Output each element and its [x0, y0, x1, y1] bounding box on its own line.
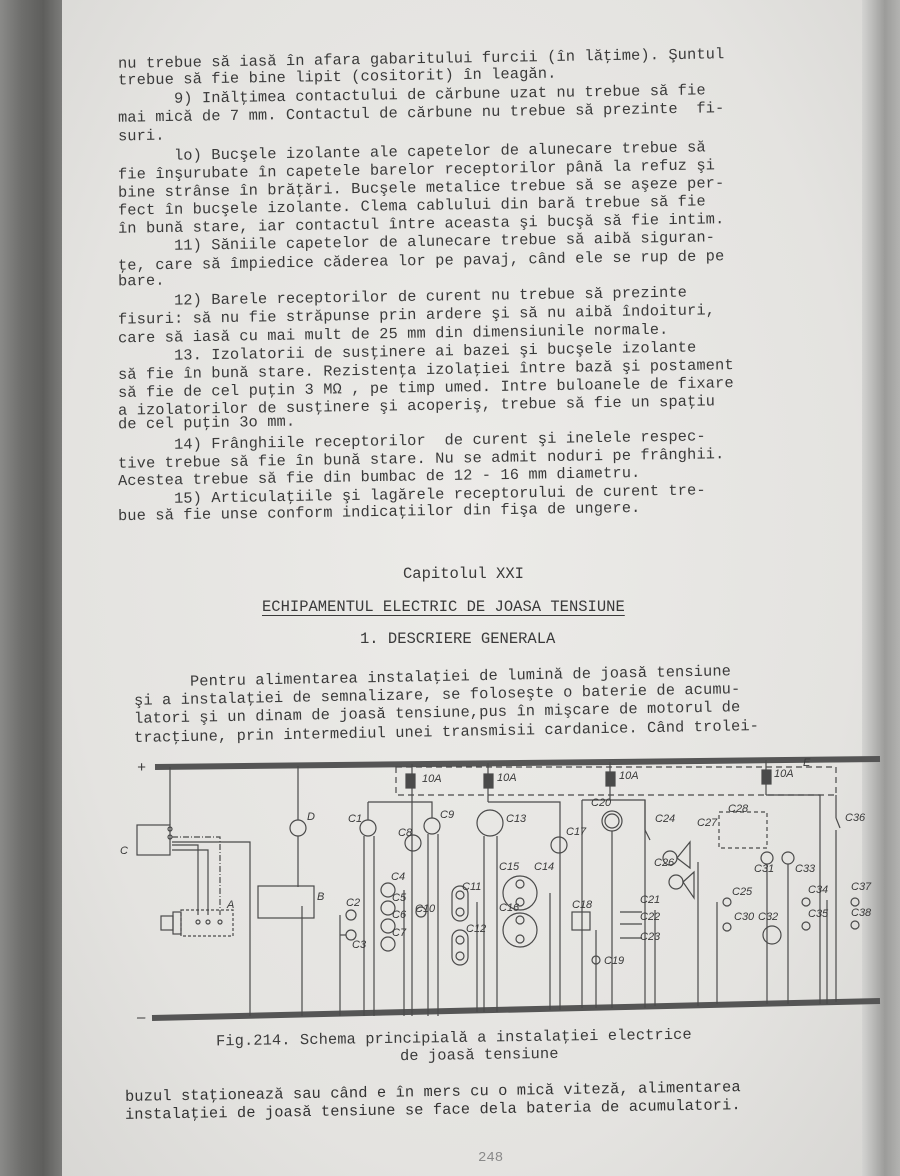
fuse-label: 10A [774, 768, 794, 780]
box-b [258, 886, 314, 918]
negative-bus-label: – [136, 1009, 146, 1026]
fuse-label: 10A [497, 772, 517, 784]
label-c16: C16 [499, 902, 520, 914]
lamp-c32 [763, 926, 781, 944]
label-c26: C26 [654, 857, 675, 869]
positive-bus-label: + [137, 759, 146, 776]
switch-c9 [424, 818, 440, 834]
label-c17: C17 [566, 826, 587, 838]
label-c37: C37 [851, 881, 872, 893]
fuse-label: 10A [422, 773, 442, 785]
label-c: C [120, 845, 128, 857]
circuit-diagram: + – 10A 10A 10A 10A E A B C D C1 C2 C3 C… [0, 0, 900, 1176]
label-c31: C31 [754, 863, 774, 875]
figure-caption-line2: de joasă tensiune [400, 1045, 559, 1065]
label-c32: C32 [758, 911, 778, 923]
label-c36: C36 [845, 812, 866, 824]
label-c11: C11 [462, 881, 481, 893]
label-c23: C23 [640, 931, 661, 943]
relay-c27-c28 [719, 812, 767, 848]
label-c25: C25 [732, 886, 753, 898]
label-c24: C24 [655, 813, 675, 825]
page-number: 248 [478, 1150, 503, 1166]
fuse-box-label: E [803, 757, 811, 769]
lamp-c17 [551, 837, 567, 853]
label-c14: C14 [534, 861, 554, 873]
label-c4: C4 [391, 871, 405, 883]
label-c1: C1 [348, 813, 362, 825]
label-c21: C21 [640, 894, 660, 906]
label-c22: C22 [640, 911, 660, 923]
label-c34: C34 [808, 884, 828, 896]
label-c33: C33 [795, 863, 816, 875]
label-c38: C38 [851, 907, 872, 919]
label-c9: C9 [440, 809, 454, 821]
label-c3: C3 [352, 939, 367, 951]
relay-c18 [572, 912, 590, 930]
label-c30: C30 [734, 911, 755, 923]
label-c18: C18 [572, 899, 593, 911]
label-d: D [307, 811, 315, 823]
fuse-2 [484, 763, 493, 802]
negative-bus [152, 1001, 880, 1018]
label-a: A [226, 899, 234, 911]
label-c5: C5 [392, 892, 407, 904]
label-c28: C28 [728, 803, 749, 815]
fuse-4 [762, 760, 771, 795]
lamp-c13 [477, 810, 503, 836]
label-c27: C27 [697, 817, 718, 829]
label-c20: C20 [591, 797, 612, 809]
fuse-label: 10A [619, 770, 639, 782]
label-b: B [317, 891, 324, 903]
label-c7: C7 [392, 927, 407, 939]
switch-c1 [360, 820, 376, 836]
lamp-d [290, 820, 306, 836]
label-c10: C10 [415, 903, 436, 915]
label-c6: C6 [392, 909, 407, 921]
switch-c [137, 825, 170, 855]
label-c15: C15 [499, 861, 520, 873]
label-c19: C19 [604, 955, 624, 967]
label-c13: C13 [506, 813, 527, 825]
label-c8: C8 [398, 827, 413, 839]
fuse-3 [606, 762, 615, 800]
positive-bus [155, 759, 880, 767]
fuse-1 [406, 764, 415, 802]
label-c35: C35 [808, 908, 829, 920]
label-c12: C12 [466, 923, 486, 935]
label-c2: C2 [346, 897, 360, 909]
